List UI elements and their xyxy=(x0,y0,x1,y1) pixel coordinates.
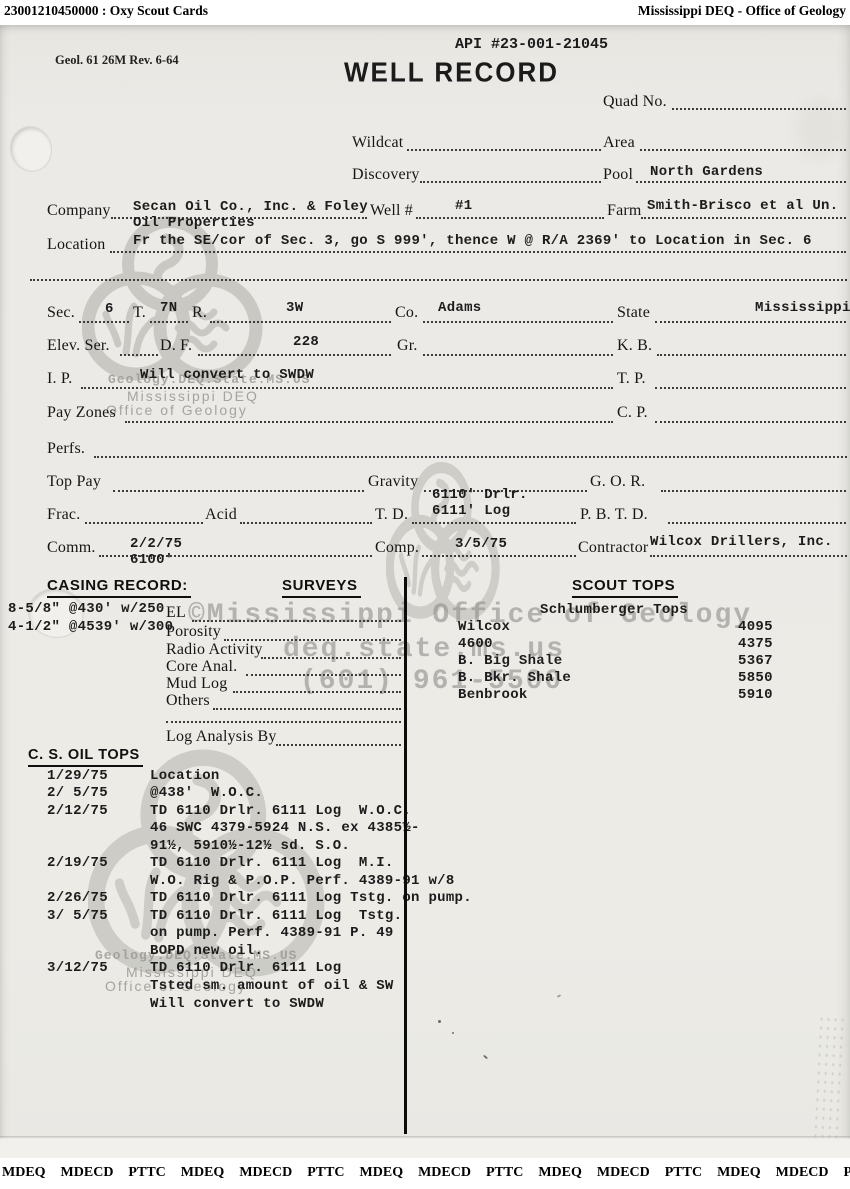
comp-label: Comp. xyxy=(375,539,419,557)
document-id-title: 23001210450000 : Oxy Scout Cards xyxy=(4,3,208,19)
frac-label: Frac. xyxy=(47,506,80,524)
contractor-label: Contractor xyxy=(578,539,648,557)
cs-oil-tops-date: 2/12/75 xyxy=(47,803,108,819)
comm-date-value: 2/2/75 xyxy=(130,536,182,552)
cs-oil-tops-text: Location xyxy=(150,768,220,784)
cs-oil-tops-text: TD 6110 Drlr. 6111 Log M.I. xyxy=(150,855,394,871)
cs-oil-tops-text: Tsted sm. amount of oil & SW xyxy=(150,978,394,994)
cs-oil-tops-date: 3/ 5/75 xyxy=(47,908,108,924)
wildcat-label: Wildcat xyxy=(352,134,403,152)
county-label: Co. xyxy=(395,304,418,322)
dotted-line xyxy=(423,319,613,323)
cs-oil-tops-text: TD 6110 Drlr. 6111 Log W.O.C. xyxy=(150,803,411,819)
survey-item-core-anal: Core Anal. xyxy=(166,658,237,676)
cs-oil-tops-date: 1/29/75 xyxy=(47,768,108,784)
gr-label: Gr. xyxy=(397,337,418,355)
dotted-line xyxy=(110,249,846,253)
dotted-line xyxy=(412,520,576,524)
cs-oil-tops-text: 91½, 5910½-12½ sd. S.O. xyxy=(150,838,350,854)
acid-label: Acid xyxy=(205,506,237,524)
dotted-line xyxy=(85,520,203,524)
cs-oil-tops-date: 2/19/75 xyxy=(47,855,108,871)
td-driller-value: 6110' Drlr. xyxy=(432,487,528,503)
comm-label: Comm. xyxy=(47,539,96,557)
dotted-line xyxy=(81,385,613,389)
top-pay-label: Top Pay xyxy=(47,473,101,491)
paper-speck xyxy=(452,1032,454,1034)
dotted-line xyxy=(246,672,401,676)
cs-oil-tops-text: on pump. Perf. 4389-91 P. 49 xyxy=(150,925,394,941)
ip-label: I. P. xyxy=(47,370,72,388)
cs-oil-tops-date: 2/ 5/75 xyxy=(47,785,108,801)
dotted-line xyxy=(120,352,158,356)
cs-oil-tops-text: TD 6110 Drlr. 6111 Log Tstg. on pump. xyxy=(150,890,472,906)
dotted-line xyxy=(640,147,846,151)
office-of-geology-watermark: Office of Geology xyxy=(106,402,248,418)
cs-oil-tops-text: Will convert to SWDW xyxy=(150,996,324,1012)
paper-speck xyxy=(438,1020,441,1023)
scout-top-name: 4600 xyxy=(458,636,493,652)
dotted-line xyxy=(113,488,364,492)
gravity-label: Gravity xyxy=(368,473,418,491)
surveys-heading: SURVEYS xyxy=(282,577,361,598)
pay-zones-label: Pay Zones xyxy=(47,404,116,422)
county-value: Adams xyxy=(438,300,482,316)
td-log-value: 6111' Log xyxy=(432,503,510,519)
dotted-line xyxy=(420,179,601,183)
dotted-line xyxy=(655,319,846,323)
well-number-value: #1 xyxy=(455,198,472,214)
dotted-line xyxy=(125,419,613,423)
dotted-line xyxy=(672,106,846,110)
sec-value: 6 xyxy=(105,301,114,317)
dotted-line xyxy=(276,742,401,746)
comp-date-value: 3/5/75 xyxy=(455,536,507,552)
cs-oil-tops-date: 3/12/75 xyxy=(47,960,108,976)
survey-item-log-analysis-by: Log Analysis By xyxy=(166,728,277,746)
area-label: Area xyxy=(603,134,635,152)
dotted-line xyxy=(423,352,613,356)
survey-item-others: Others xyxy=(166,692,210,710)
cs-oil-tops-text: W.O. Rig & P.O.P. Perf. 4389-91 w/8 xyxy=(150,873,455,889)
dotted-line xyxy=(655,419,846,423)
scout-tops-subheading: Schlumberger Tops xyxy=(540,602,688,618)
state-label: State xyxy=(617,304,650,322)
well-number-label: Well # xyxy=(370,202,413,220)
cs-oil-tops-text: TD 6110 Drlr. 6111 Log Tstg. xyxy=(150,908,402,924)
casing-line: 4-1/2" @4539' w/300 xyxy=(8,619,173,635)
dotted-line xyxy=(261,655,401,659)
perfs-label: Perfs. xyxy=(47,440,85,458)
viewer-footer-bar: MDEQ MDECD PTTC MDEQ MDECD PTTC MDEQ MDE… xyxy=(0,1158,850,1189)
gor-label: G. O. R. xyxy=(590,473,645,491)
scout-top-name: B. Big Shale xyxy=(458,653,562,669)
dotted-line xyxy=(650,553,847,557)
tp-label: T. P. xyxy=(617,370,646,388)
dotted-line xyxy=(210,319,391,323)
dotted-line xyxy=(150,319,188,323)
pool-value: North Gardens xyxy=(650,164,763,180)
pool-label: Pool xyxy=(603,166,633,184)
discovery-label: Discovery xyxy=(352,166,420,184)
scout-top-name: Benbrook xyxy=(458,687,528,703)
casing-record-heading: CASING RECORD: xyxy=(47,577,191,598)
cs-oil-tops-text: @438' W.O.C. xyxy=(150,785,263,801)
cs-oil-tops-text: BOPD new oil. xyxy=(150,943,263,959)
casing-line: 8-5/8" @430' w/250 xyxy=(8,601,165,617)
scout-top-name: B. Bkr. Shale xyxy=(458,670,571,686)
api-number: API #23-001-21045 xyxy=(455,36,608,53)
ip-value: Will convert to SWDW xyxy=(140,367,314,383)
form-code: Geol. 61 26M Rev. 6-64 xyxy=(55,53,179,68)
farm-label: Farm xyxy=(607,202,642,220)
td-label: T. D. xyxy=(375,506,408,524)
elev-ser-label: Elev. Ser. xyxy=(47,337,110,355)
sec-label: Sec. xyxy=(47,304,75,322)
range-label: R. xyxy=(192,304,207,322)
scout-top-depth: 4095 xyxy=(738,619,773,635)
dotted-line xyxy=(30,277,847,281)
paper-edge xyxy=(0,1139,850,1158)
viewer-header-bar: 23001210450000 : Oxy Scout Cards Mississ… xyxy=(0,0,850,25)
scout-top-depth: 4375 xyxy=(738,636,773,652)
location-label: Location xyxy=(47,236,105,254)
company-value-line2: Oil Properties xyxy=(133,215,255,231)
contractor-value: Wilcox Drillers, Inc. xyxy=(650,534,833,550)
dotted-line xyxy=(192,618,401,622)
dotted-line xyxy=(240,520,372,524)
kb-label: K. B. xyxy=(617,337,652,355)
df-label: D. F. xyxy=(160,337,192,355)
cs-oil-tops-date: 2/26/75 xyxy=(47,890,108,906)
company-label: Company xyxy=(47,202,111,220)
survey-item-mud-log: Mud Log xyxy=(166,675,227,693)
dotted-line xyxy=(422,553,576,557)
pbtd-label: P. B. T. D. xyxy=(580,506,648,524)
survey-item-porosity: Porosity xyxy=(166,623,221,641)
quad-no-label: Quad No. xyxy=(603,93,667,111)
company-value: Secan Oil Co., Inc. & Foley xyxy=(133,199,368,215)
dotted-line xyxy=(657,352,846,356)
dotted-line xyxy=(198,352,391,356)
survey-item-radio-activity: Radio Activity xyxy=(166,641,263,659)
scout-top-depth: 5850 xyxy=(738,670,773,686)
dotted-line xyxy=(233,689,401,693)
range-value: 3W xyxy=(286,300,303,316)
cs-oil-tops-heading: C. S. OIL TOPS xyxy=(28,747,143,767)
dotted-line xyxy=(94,454,847,458)
dotted-line xyxy=(641,215,846,219)
scout-tops-heading: SCOUT TOPS xyxy=(572,577,678,598)
dotted-line xyxy=(166,719,401,723)
df-value: 228 xyxy=(293,334,319,350)
cp-label: C. P. xyxy=(617,404,648,422)
footer-org-codes: MDEQ MDECD PTTC MDEQ MDECD PTTC MDEQ MDE… xyxy=(2,1165,850,1181)
dotted-line xyxy=(213,706,401,710)
dotted-line xyxy=(79,319,129,323)
agency-title: Mississippi DEQ - Office of Geology xyxy=(638,3,846,19)
scout-top-depth: 5367 xyxy=(738,653,773,669)
column-divider-line xyxy=(404,577,407,1134)
document-viewer: 23001210450000 : Oxy Scout Cards Mississ… xyxy=(0,0,850,1189)
cs-oil-tops-text: TD 6110 Drlr. 6111 Log xyxy=(150,960,341,976)
location-value: Fr the SE/cor of Sec. 3, go S 999', then… xyxy=(133,233,812,249)
state-value: Mississippi xyxy=(755,300,850,316)
dotted-line xyxy=(416,215,604,219)
scout-top-name: Wilcox xyxy=(458,619,510,635)
township-value: 7N xyxy=(160,300,177,316)
dotted-line xyxy=(655,385,846,389)
comm-depth-value: 6100' xyxy=(130,552,174,568)
dotted-line xyxy=(407,147,601,151)
farm-value: Smith-Brisco et al Un. xyxy=(647,198,838,214)
document-title: WELL RECORD xyxy=(344,56,559,89)
dotted-line xyxy=(661,488,846,492)
dotted-line xyxy=(668,520,846,524)
scout-top-depth: 5910 xyxy=(738,687,773,703)
cs-oil-tops-text: 46 SWC 4379-5924 N.S. ex 4385½- xyxy=(150,820,420,836)
township-label: T. xyxy=(133,304,146,322)
